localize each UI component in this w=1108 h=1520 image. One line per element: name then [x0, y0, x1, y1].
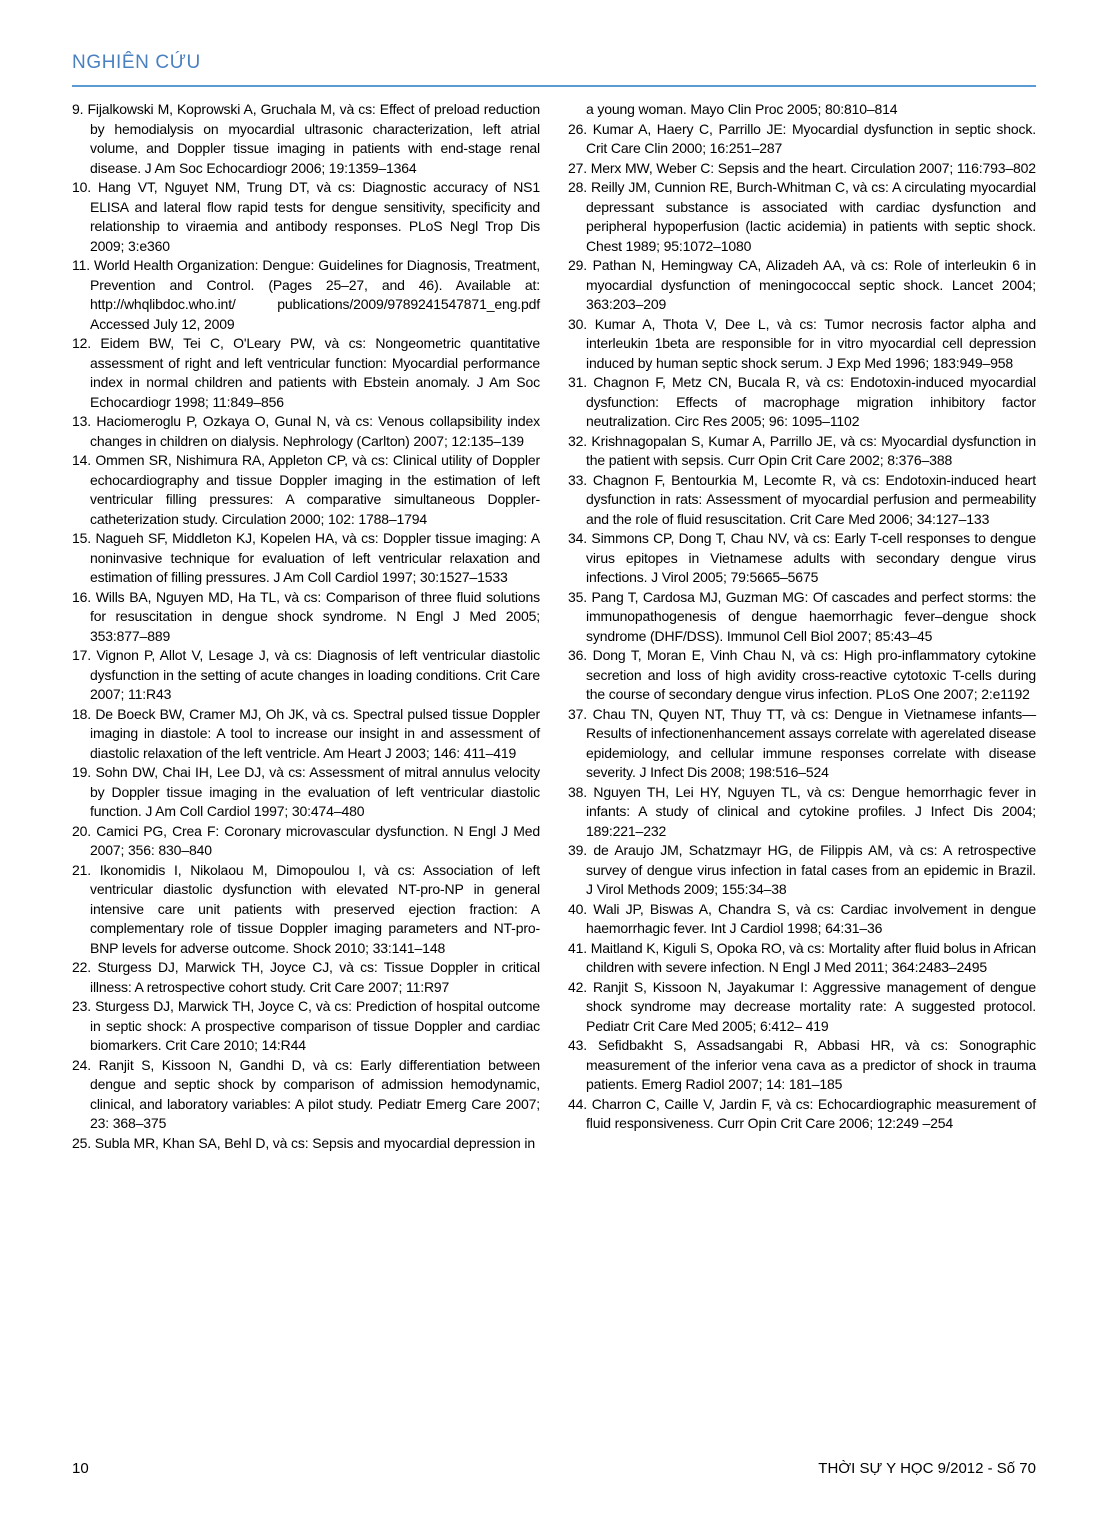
reference-number: 16.: [72, 589, 96, 605]
reference-item: 13. Haciomeroglu P, Ozkaya O, Gunal N, v…: [72, 412, 540, 451]
reference-text: Eidem BW, Tei C, O'Leary PW, và cs: Nong…: [90, 335, 540, 410]
reference-text: Dong T, Moran E, Vinh Chau N, và cs: Hig…: [586, 647, 1036, 702]
reference-number: 27.: [568, 160, 591, 176]
reference-item: 34. Simmons CP, Dong T, Chau NV, và cs: …: [568, 529, 1036, 588]
reference-number: 42.: [568, 979, 593, 995]
reference-item: 40. Wali JP, Biswas A, Chandra S, và cs:…: [568, 900, 1036, 939]
reference-item: 17. Vignon P, Allot V, Lesage J, và cs: …: [72, 646, 540, 705]
reference-item: 16. Wills BA, Nguyen MD, Ha TL, và cs: C…: [72, 588, 540, 647]
reference-text: Nagueh SF, Middleton KJ, Kopelen HA, và …: [90, 530, 540, 585]
reference-item: 24. Ranjit S, Kissoon N, Gandhi D, và cs…: [72, 1056, 540, 1134]
reference-item: 26. Kumar A, Haery C, Parrillo JE: Myoca…: [568, 120, 1036, 159]
reference-text: Simmons CP, Dong T, Chau NV, và cs: Earl…: [586, 530, 1036, 585]
reference-text: Krishnagopalan S, Kumar A, Parrillo JE, …: [586, 433, 1036, 469]
reference-number: 33.: [568, 472, 593, 488]
reference-text: Ranjit S, Kissoon N, Jayakumar I: Aggres…: [586, 979, 1036, 1034]
reference-item: 15. Nagueh SF, Middleton KJ, Kopelen HA,…: [72, 529, 540, 588]
reference-item: 25. Subla MR, Khan SA, Behl D, và cs: Se…: [72, 1134, 540, 1154]
reference-item: 10. Hang VT, Nguyet NM, Trung DT, và cs:…: [72, 178, 540, 256]
reference-number: 22.: [72, 959, 97, 975]
reference-number: 12.: [72, 335, 100, 351]
reference-number: 44.: [568, 1096, 592, 1112]
reference-number: 31.: [568, 374, 593, 390]
reference-text: de Araujo JM, Schatzmayr HG, de Filippis…: [586, 842, 1036, 897]
reference-column-right: a young woman. Mayo Clin Proc 2005; 80:8…: [568, 100, 1036, 1153]
page-content: NGHIÊN CỨU 9. Fijalkowski M, Koprowski A…: [72, 0, 1036, 1153]
reference-number: 43.: [568, 1037, 598, 1053]
reference-number: 19.: [72, 764, 95, 780]
reference-column-left: 9. Fijalkowski M, Koprowski A, Gruchala …: [72, 100, 540, 1153]
reference-text: Ikonomidis I, Nikolaou M, Dimopoulou I, …: [90, 862, 540, 956]
reference-number: 10.: [72, 179, 98, 195]
reference-item: 20. Camici PG, Crea F: Coronary microvas…: [72, 822, 540, 861]
reference-text: Merx MW, Weber C: Sepsis and the heart. …: [591, 160, 1036, 176]
reference-item: 28. Reilly JM, Cunnion RE, Burch-Whitman…: [568, 178, 1036, 256]
reference-number: 41.: [568, 940, 591, 956]
reference-number: 15.: [72, 530, 95, 546]
reference-item: 32. Krishnagopalan S, Kumar A, Parrillo …: [568, 432, 1036, 471]
reference-carryover-line: a young woman. Mayo Clin Proc 2005; 80:8…: [568, 100, 1036, 120]
reference-item: 23. Sturgess DJ, Marwick TH, Joyce C, và…: [72, 997, 540, 1056]
reference-number: 32.: [568, 433, 591, 449]
reference-item: 42. Ranjit S, Kissoon N, Jayakumar I: Ag…: [568, 978, 1036, 1037]
reference-number: 36.: [568, 647, 593, 663]
reference-item: 43. Sefidbakht S, Assadsangabi R, Abbasi…: [568, 1036, 1036, 1095]
reference-item: 9. Fijalkowski M, Koprowski A, Gruchala …: [72, 100, 540, 178]
reference-text: Vignon P, Allot V, Lesage J, và cs: Diag…: [90, 647, 540, 702]
reference-text: Sohn DW, Chai IH, Lee DJ, và cs: Assessm…: [90, 764, 540, 819]
reference-item: 37. Chau TN, Quyen NT, Thuy TT, và cs: D…: [568, 705, 1036, 783]
reference-text: Pang T, Cardosa MJ, Guzman MG: Of cascad…: [586, 589, 1036, 644]
reference-number: 40.: [568, 901, 593, 917]
reference-item: 11. World Health Organization: Dengue: G…: [72, 256, 540, 334]
reference-text: Sturgess DJ, Marwick TH, Joyce C, và cs:…: [90, 998, 540, 1053]
reference-item: 30. Kumar A, Thota V, Dee L, và cs: Tumo…: [568, 315, 1036, 374]
reference-item: 18. De Boeck BW, Cramer MJ, Oh JK, và cs…: [72, 705, 540, 764]
reference-text: Maitland K, Kiguli S, Opoka RO, và cs: M…: [586, 940, 1036, 976]
reference-item: 29. Pathan N, Hemingway CA, Alizadeh AA,…: [568, 256, 1036, 315]
reference-item: 27. Merx MW, Weber C: Sepsis and the hea…: [568, 159, 1036, 179]
reference-item: 19. Sohn DW, Chai IH, Lee DJ, và cs: Ass…: [72, 763, 540, 822]
reference-number: 34.: [568, 530, 591, 546]
reference-text: Wills BA, Nguyen MD, Ha TL, và cs: Compa…: [90, 589, 540, 644]
reference-item: 22. Sturgess DJ, Marwick TH, Joyce CJ, v…: [72, 958, 540, 997]
reference-number: 20.: [72, 823, 96, 839]
reference-number: 14.: [72, 452, 95, 468]
reference-item: 38. Nguyen TH, Lei HY, Nguyen TL, và cs:…: [568, 783, 1036, 842]
reference-text: Pathan N, Hemingway CA, Alizadeh AA, và …: [586, 257, 1036, 312]
reference-text: Reilly JM, Cunnion RE, Burch-Whitman C, …: [586, 179, 1036, 254]
reference-text: Kumar A, Haery C, Parrillo JE: Myocardia…: [586, 121, 1036, 157]
reference-number: 9.: [72, 101, 87, 117]
page-number: 10: [72, 1460, 89, 1477]
reference-text: Camici PG, Crea F: Coronary microvascula…: [90, 823, 540, 859]
reference-text: Haciomeroglu P, Ozkaya O, Gunal N, và cs…: [90, 413, 540, 449]
reference-text: Charron C, Caille V, Jardin F, và cs: Ec…: [586, 1096, 1036, 1132]
reference-item: 44. Charron C, Caille V, Jardin F, và cs…: [568, 1095, 1036, 1134]
reference-number: 26.: [568, 121, 593, 137]
reference-number: 17.: [72, 647, 96, 663]
reference-text: Chagnon F, Metz CN, Bucala R, và cs: End…: [586, 374, 1036, 429]
reference-text: Kumar A, Thota V, Dee L, và cs: Tumor ne…: [586, 316, 1036, 371]
reference-item: 31. Chagnon F, Metz CN, Bucala R, và cs:…: [568, 373, 1036, 432]
reference-number: 38.: [568, 784, 593, 800]
reference-text: De Boeck BW, Cramer MJ, Oh JK, và cs. Sp…: [90, 706, 540, 761]
reference-number: 13.: [72, 413, 96, 429]
reference-item: 12. Eidem BW, Tei C, O'Leary PW, và cs: …: [72, 334, 540, 412]
reference-number: 21.: [72, 862, 100, 878]
reference-item: 35. Pang T, Cardosa MJ, Guzman MG: Of ca…: [568, 588, 1036, 647]
reference-number: 24.: [72, 1057, 99, 1073]
reference-number: 35.: [568, 589, 591, 605]
reference-columns: 9. Fijalkowski M, Koprowski A, Gruchala …: [72, 100, 1036, 1153]
reference-text: Ranjit S, Kissoon N, Gandhi D, và cs: Ea…: [90, 1057, 540, 1132]
reference-number: 29.: [568, 257, 593, 273]
reference-item: 39. de Araujo JM, Schatzmayr HG, de Fili…: [568, 841, 1036, 900]
reference-text: Fijalkowski M, Koprowski A, Gruchala M, …: [87, 101, 540, 176]
reference-text: Wali JP, Biswas A, Chandra S, và cs: Car…: [586, 901, 1036, 937]
reference-text: Chagnon F, Bentourkia M, Lecomte R, và c…: [586, 472, 1036, 527]
reference-number: 30.: [568, 316, 595, 332]
page-footer: 10 THỜI SỰ Y HỌC 9/2012 - Số 70: [72, 1460, 1036, 1477]
reference-number: 39.: [568, 842, 593, 858]
reference-number: 28.: [568, 179, 591, 195]
reference-item: 21. Ikonomidis I, Nikolaou M, Dimopoulou…: [72, 861, 540, 959]
reference-number: 37.: [568, 706, 593, 722]
reference-text: Nguyen TH, Lei HY, Nguyen TL, và cs: Den…: [586, 784, 1036, 839]
reference-text: Hang VT, Nguyet NM, Trung DT, và cs: Dia…: [90, 179, 540, 254]
section-title: NGHIÊN CỨU: [72, 52, 201, 73]
section-header: NGHIÊN CỨU: [72, 0, 1036, 87]
reference-text: World Health Organization: Dengue: Guide…: [90, 257, 540, 332]
reference-text: Ommen SR, Nishimura RA, Appleton CP, và …: [90, 452, 540, 527]
reference-number: 11.: [72, 257, 94, 273]
reference-text: Sefidbakht S, Assadsangabi R, Abbasi HR,…: [586, 1037, 1036, 1092]
reference-item: 14. Ommen SR, Nishimura RA, Appleton CP,…: [72, 451, 540, 529]
reference-item: 33. Chagnon F, Bentourkia M, Lecomte R, …: [568, 471, 1036, 530]
reference-item: 41. Maitland K, Kiguli S, Opoka RO, và c…: [568, 939, 1036, 978]
reference-number: 18.: [72, 706, 95, 722]
reference-number: 23.: [72, 998, 95, 1014]
reference-text: Chau TN, Quyen NT, Thuy TT, và cs: Dengu…: [586, 706, 1036, 781]
journal-footer-text: THỜI SỰ Y HỌC 9/2012 - Số 70: [818, 1460, 1036, 1477]
reference-number: 25.: [72, 1135, 95, 1151]
reference-text: Subla MR, Khan SA, Behl D, và cs: Sepsis…: [95, 1135, 535, 1151]
reference-item: 36. Dong T, Moran E, Vinh Chau N, và cs:…: [568, 646, 1036, 705]
reference-text: Sturgess DJ, Marwick TH, Joyce CJ, và cs…: [90, 959, 540, 995]
